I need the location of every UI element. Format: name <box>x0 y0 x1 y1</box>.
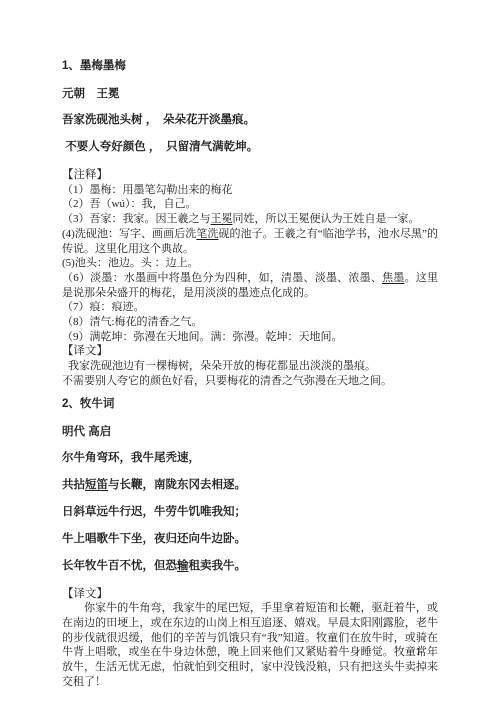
note-text: （7）痕：痕迹。 <box>62 301 145 313</box>
verse-text: 长年牧牛百不忧，但恐 <box>62 560 177 572</box>
poem1-translation-line: 我家洗砚池边有一棵梅树，朵朵开放的梅花都显出淡淡的墨痕。 <box>62 359 438 374</box>
poem1-title: 1、墨梅墨梅 <box>62 60 438 73</box>
poem2-translation-paragraph: 你家牛的牛角弯，我家牛的尾巴短，手里拿着短笛和长鞭，驱赶着牛，或在南边的田埂上，… <box>62 601 438 689</box>
verse-underlined-text: 短笛 <box>85 479 108 491</box>
note-item: (4)洗砚池：写字、画画后洗笔洗砚的池子。王羲之有“临池学书，池水尽黑”的传说。… <box>62 227 438 256</box>
poem2-verse-line: 长年牧牛百不忧，但恐输租卖我牛。 <box>62 560 438 573</box>
poem2-verse-line: 尔牛角弯环，我牛尾秃速， <box>62 452 438 465</box>
document-content: 1、墨梅墨梅 元朝 王冕 吾家洗砚池头树 ， 朵朵花开淡墨痕。 不要人夸好颜色 … <box>62 60 438 689</box>
poem1-notes-header: 【注释】 <box>62 168 438 183</box>
note-text: （1）墨梅：用墨笔勾勒出来的梅花 <box>62 184 233 196</box>
note-item: （7）痕：痕迹。 <box>62 300 438 315</box>
verse-text: 与长鞭，南陇东冈去相逐。 <box>108 479 246 491</box>
poem1-translation-header: 【译文】 <box>62 344 438 359</box>
note-underlined-text: 笔洗 <box>196 228 218 240</box>
note-text: (5)池头：池边。头 ：边上。 <box>62 257 199 269</box>
verse-text: 租卖我牛。 <box>189 560 247 572</box>
note-item: （3）吾家：我家。因王羲之与王冕同姓，所以王冕便认为王姓自是一家。 <box>62 212 438 227</box>
note-item: （6）淡墨：水墨画中将墨色分为四种，如，清墨、淡墨、浓墨、焦墨。这里是说那朵朵盛… <box>62 271 438 300</box>
poem2-verse-line: 共拈短笛与长鞭，南陇东冈去相逐。 <box>62 479 438 492</box>
document-page: { "page_number": "1", "poem1": { "title"… <box>0 0 496 702</box>
poem2-verse-line: 日斜草远牛行迟，牛劳牛饥唯我知； <box>62 506 438 519</box>
note-underlined-text: 焦墨 <box>382 272 404 284</box>
note-text: 同姓，所以王冕便认为王姓自是一家。 <box>233 213 420 225</box>
section-poem-2: 2、牧牛词 明代 高启 尔牛角弯环，我牛尾秃速， 共拈短笛与长鞭，南陇东冈去相逐… <box>62 398 438 690</box>
note-item: （1）墨梅：用墨笔勾勒出来的梅花 <box>62 183 438 198</box>
note-text: （3）吾家：我家。因王羲之与 <box>62 213 211 225</box>
note-text: （6）淡墨：水墨画中将墨色分为四种，如，清墨、淡墨、浓墨、 <box>62 272 382 284</box>
poem2-title: 2、牧牛词 <box>62 398 438 411</box>
poem1-author: 元朝 王冕 <box>62 88 438 101</box>
note-text: （8）清气:梅花的清香之气。 <box>62 316 203 328</box>
note-underlined-text: 王冕 <box>211 213 233 225</box>
note-item: （8）清气:梅花的清香之气。 <box>62 315 438 330</box>
poem1-verse-line: 不要人夸好颜色 ， 只留清气满乾坤。 <box>62 141 438 154</box>
poem2-author: 明代 高启 <box>62 426 438 439</box>
note-item: （9）满乾坤：弥漫在天地间。满：弥漫。乾坤：天地间。 <box>62 330 438 345</box>
verse-underlined-text: 输 <box>177 560 189 572</box>
note-item: (5)池头：池边。头 ：边上。 <box>62 256 438 271</box>
poem1-translation-line: 不需要别人夸它的颜色好看，只要梅花的清香之气弥漫在天地之间。 <box>62 374 438 389</box>
poem2-translation-header: 【译文】 <box>62 587 438 602</box>
note-item: （2）吾（wú）：我，自己。 <box>62 197 438 212</box>
note-text: （9）满乾坤：弥漫在天地间。满：弥漫。乾坤：天地间。 <box>62 331 343 343</box>
note-text: (4)洗砚池：写字、画画后洗 <box>62 228 196 240</box>
note-text: （2）吾（wú）：我，自己。 <box>62 198 196 210</box>
verse-text: 共拈 <box>62 479 85 491</box>
poem2-verse-line: 牛上唱歌牛下坐，夜归还向牛边卧。 <box>62 533 438 546</box>
poem1-verse-line: 吾家洗砚池头树 ， 朵朵花开淡墨痕。 <box>62 114 438 127</box>
page-number: 1 <box>416 647 421 658</box>
section-poem-1: 1、墨梅墨梅 元朝 王冕 吾家洗砚池头树 ， 朵朵花开淡墨痕。 不要人夸好颜色 … <box>62 60 438 389</box>
